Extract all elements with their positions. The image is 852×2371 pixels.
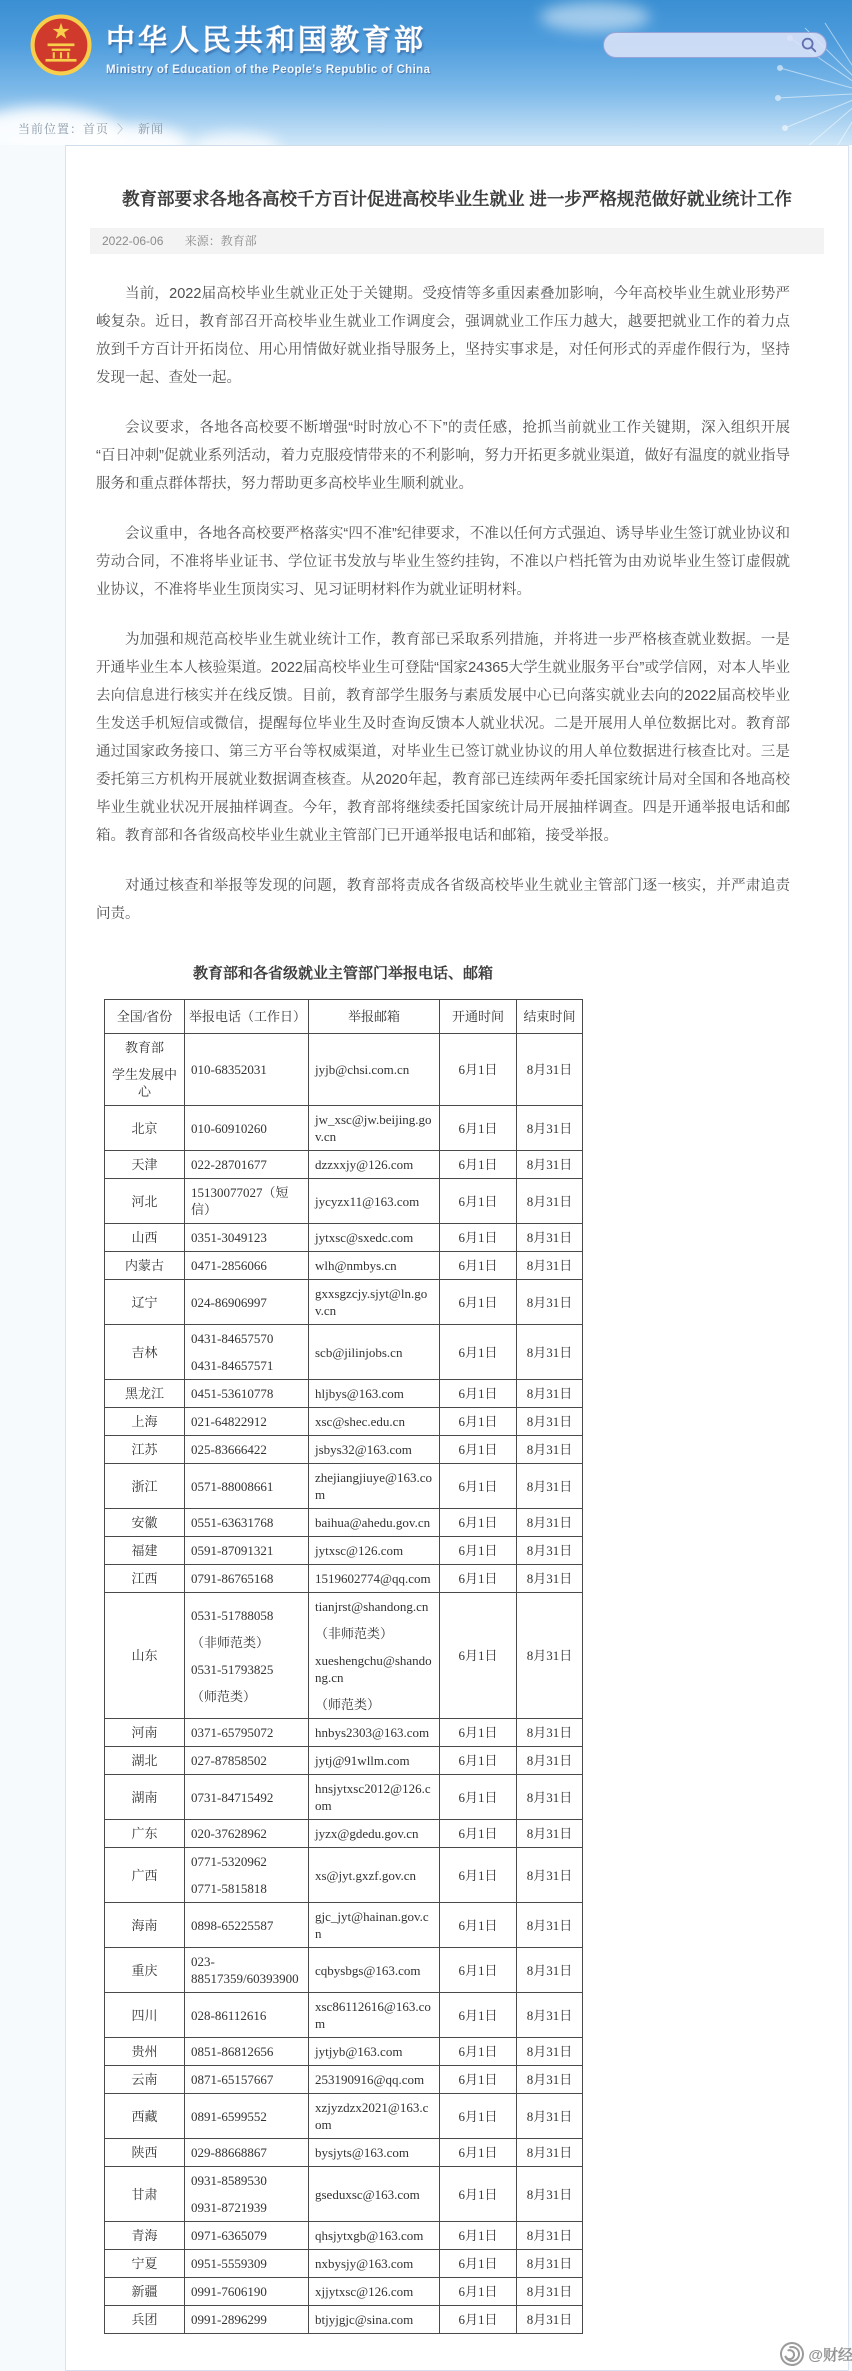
email-cell: nxbysjy@163.com xyxy=(309,2250,440,2278)
phone-cell: 0898-65225587 xyxy=(185,1903,309,1948)
email-cell: jw_xsc@jw.beijing.gov.cn xyxy=(309,1106,440,1151)
region-cell: 云南 xyxy=(105,2066,185,2094)
region-cell: 辽宁 xyxy=(105,1280,185,1325)
close-date-cell: 8月31日 xyxy=(517,1565,583,1593)
open-date-cell: 6月1日 xyxy=(440,1509,517,1537)
region-cell: 贵州 xyxy=(105,2038,185,2066)
site-title: 中华人民共和国教育部 xyxy=(106,18,430,59)
table-row: 天津022-28701677dzzxxjy@126.com6月1日8月31日 xyxy=(105,1151,583,1179)
email-cell: xjjytxsc@126.com xyxy=(309,2278,440,2306)
email-cell: tianjrst@shandong.cn（非师范类）xueshengchu@sh… xyxy=(309,1593,440,1719)
table-row: 重庆023-88517359/60393900cqbysbgs@163.com6… xyxy=(105,1948,583,1993)
close-date-cell: 8月31日 xyxy=(517,1775,583,1820)
table-row: 新疆0991-7606190xjjytxsc@126.com6月1日8月31日 xyxy=(105,2278,583,2306)
region-cell: 宁夏 xyxy=(105,2250,185,2278)
clouds-decoration xyxy=(190,133,280,145)
breadcrumb-home-link[interactable]: 首页 xyxy=(83,122,109,136)
region-cell: 广东 xyxy=(105,1820,185,1848)
watermark: @财经网 xyxy=(779,2341,852,2367)
phone-cell: 010-68352031 xyxy=(185,1034,309,1106)
open-date-cell: 6月1日 xyxy=(440,2139,517,2167)
breadcrumb-separator-icon: 〉 xyxy=(117,122,130,136)
table-row: 吉林0431-846575700431-84657571scb@jilinjob… xyxy=(105,1325,583,1380)
phone-cell: 0871-65157667 xyxy=(185,2066,309,2094)
phone-cell: 0451-53610778 xyxy=(185,1380,309,1408)
article-paragraph: 对通过核查和举报等发现的问题，教育部将责成各省级高校毕业生就业主管部门逐一核实，… xyxy=(96,872,790,928)
phone-cell: 15130077027（短信） xyxy=(185,1179,309,1224)
open-date-cell: 6月1日 xyxy=(440,1848,517,1903)
article-paragraph: 当前，2022届高校毕业生就业正处于关键期。受疫情等多重因素叠加影响，今年高校毕… xyxy=(96,280,790,392)
close-date-cell: 8月31日 xyxy=(517,2066,583,2094)
search-input[interactable] xyxy=(618,37,800,53)
email-cell: jytxsc@sxedc.com xyxy=(309,1224,440,1252)
article-paragraph: 会议要求，各地各高校要不断增强“时时放心不下”的责任感，抢抓当前就业工作关键期，… xyxy=(96,414,790,498)
table-row: 甘肃0931-85895300931-8721939gseduxsc@163.c… xyxy=(105,2167,583,2222)
close-date-cell: 8月31日 xyxy=(517,1903,583,1948)
email-cell: scb@jilinjobs.cn xyxy=(309,1325,440,1380)
open-date-cell: 6月1日 xyxy=(440,1775,517,1820)
open-date-cell: 6月1日 xyxy=(440,2167,517,2222)
email-cell: wlh@nmbys.cn xyxy=(309,1252,440,1280)
phone-cell: 0571-88008661 xyxy=(185,1464,309,1509)
close-date-cell: 8月31日 xyxy=(517,1436,583,1464)
close-date-cell: 8月31日 xyxy=(517,1848,583,1903)
phone-cell: 0431-846575700431-84657571 xyxy=(185,1325,309,1380)
open-date-cell: 6月1日 xyxy=(440,2094,517,2139)
table-row: 兵团0991-2896299btjyjgjc@sina.com6月1日8月31日 xyxy=(105,2306,583,2334)
open-date-cell: 6月1日 xyxy=(440,1179,517,1224)
phone-cell: 0351-3049123 xyxy=(185,1224,309,1252)
column-header: 举报邮箱 xyxy=(309,1000,440,1034)
close-date-cell: 8月31日 xyxy=(517,2094,583,2139)
open-date-cell: 6月1日 xyxy=(440,2038,517,2066)
open-date-cell: 6月1日 xyxy=(440,1948,517,1993)
close-date-cell: 8月31日 xyxy=(517,1509,583,1537)
phone-cell: 0791-86765168 xyxy=(185,1565,309,1593)
email-cell: xs@jyt.gxzf.gov.cn xyxy=(309,1848,440,1903)
close-date-cell: 8月31日 xyxy=(517,1993,583,2038)
search-box[interactable] xyxy=(603,32,827,58)
table-row: 四川028-86112616xsc86112616@163.com6月1日8月3… xyxy=(105,1993,583,2038)
email-cell: gxxsgzcjy.sjyt@ln.gov.cn xyxy=(309,1280,440,1325)
close-date-cell: 8月31日 xyxy=(517,1537,583,1565)
email-cell: qhsjytxgb@163.com xyxy=(309,2222,440,2250)
region-cell: 山西 xyxy=(105,1224,185,1252)
email-cell: jsbys32@163.com xyxy=(309,1436,440,1464)
open-date-cell: 6月1日 xyxy=(440,1034,517,1106)
column-header: 全国/省份 xyxy=(105,1000,185,1034)
email-cell: hnsjytxsc2012@126.com xyxy=(309,1775,440,1820)
region-cell: 湖南 xyxy=(105,1775,185,1820)
article-meta-bar: 2022-06-06 来源：教育部 xyxy=(90,228,824,254)
table-row: 宁夏0951-5559309nxbysjy@163.com6月1日8月31日 xyxy=(105,2250,583,2278)
open-date-cell: 6月1日 xyxy=(440,1537,517,1565)
report-table-head-row: 全国/省份举报电话（工作日）举报邮箱开通时间结束时间 xyxy=(105,1000,583,1034)
phone-cell: 010-60910260 xyxy=(185,1106,309,1151)
table-title: 教育部和各省级就业主管部门举报电话、邮箱 xyxy=(104,962,582,983)
email-cell: 253190916@qq.com xyxy=(309,2066,440,2094)
table-row: 河北15130077027（短信）jycyzx11@163.com6月1日8月3… xyxy=(105,1179,583,1224)
region-cell: 浙江 xyxy=(105,1464,185,1509)
region-cell: 天津 xyxy=(105,1151,185,1179)
clouds-decoration xyxy=(540,2,650,32)
report-table: 全国/省份举报电话（工作日）举报邮箱开通时间结束时间 教育部学生发展中心010-… xyxy=(104,999,583,2334)
watermark-text: @财经网 xyxy=(808,2344,852,2365)
close-date-cell: 8月31日 xyxy=(517,2306,583,2334)
page-title: 教育部要求各地各高校千方百计促进高校毕业生就业 进一步严格规范做好就业统计工作 xyxy=(111,186,803,212)
close-date-cell: 8月31日 xyxy=(517,1408,583,1436)
phone-cell: 022-28701677 xyxy=(185,1151,309,1179)
table-row: 浙江0571-88008661zhejiangjiuye@163.com6月1日… xyxy=(105,1464,583,1509)
region-cell: 山东 xyxy=(105,1593,185,1719)
region-cell: 河北 xyxy=(105,1179,185,1224)
table-row: 海南0898-65225587gjc_jyt@hainan.gov.cn6月1日… xyxy=(105,1903,583,1948)
email-cell: bysjyts@163.com xyxy=(309,2139,440,2167)
phone-cell: 0771-53209620771-5815818 xyxy=(185,1848,309,1903)
close-date-cell: 8月31日 xyxy=(517,1252,583,1280)
table-row: 黑龙江0451-53610778hljbys@163.com6月1日8月31日 xyxy=(105,1380,583,1408)
table-row: 青海0971-6365079qhsjytxgb@163.com6月1日8月31日 xyxy=(105,2222,583,2250)
phone-cell: 020-37628962 xyxy=(185,1820,309,1848)
phone-cell: 025-83666422 xyxy=(185,1436,309,1464)
table-row: 北京010-60910260jw_xsc@jw.beijing.gov.cn6月… xyxy=(105,1106,583,1151)
open-date-cell: 6月1日 xyxy=(440,1325,517,1380)
email-cell: dzzxxjy@126.com xyxy=(309,1151,440,1179)
close-date-cell: 8月31日 xyxy=(517,1747,583,1775)
close-date-cell: 8月31日 xyxy=(517,1820,583,1848)
open-date-cell: 6月1日 xyxy=(440,2278,517,2306)
email-cell: hljbys@163.com xyxy=(309,1380,440,1408)
close-date-cell: 8月31日 xyxy=(517,2038,583,2066)
open-date-cell: 6月1日 xyxy=(440,2306,517,2334)
region-cell: 内蒙古 xyxy=(105,1252,185,1280)
article-date: 2022-06-06 xyxy=(102,234,163,248)
phone-cell: 0551-63631768 xyxy=(185,1509,309,1537)
close-date-cell: 8月31日 xyxy=(517,2278,583,2306)
column-header: 开通时间 xyxy=(440,1000,517,1034)
close-date-cell: 8月31日 xyxy=(517,2139,583,2167)
phone-cell: 0951-5559309 xyxy=(185,2250,309,2278)
table-row: 江西0791-867651681519602774@qq.com6月1日8月31… xyxy=(105,1565,583,1593)
open-date-cell: 6月1日 xyxy=(440,1280,517,1325)
close-date-cell: 8月31日 xyxy=(517,1179,583,1224)
column-header: 结束时间 xyxy=(517,1000,583,1034)
phone-cell: 0991-7606190 xyxy=(185,2278,309,2306)
region-cell: 河南 xyxy=(105,1719,185,1747)
phone-cell: 027-87858502 xyxy=(185,1747,309,1775)
phone-cell: 021-64822912 xyxy=(185,1408,309,1436)
table-row: 安徽0551-63631768baihua@ahedu.gov.cn6月1日8月… xyxy=(105,1509,583,1537)
open-date-cell: 6月1日 xyxy=(440,1106,517,1151)
close-date-cell: 8月31日 xyxy=(517,1380,583,1408)
open-date-cell: 6月1日 xyxy=(440,1903,517,1948)
column-header: 举报电话（工作日） xyxy=(185,1000,309,1034)
open-date-cell: 6月1日 xyxy=(440,2222,517,2250)
close-date-cell: 8月31日 xyxy=(517,2167,583,2222)
table-row: 上海021-64822912xsc@shec.edu.cn6月1日8月31日 xyxy=(105,1408,583,1436)
article-card: 教育部要求各地各高校千方百计促进高校毕业生就业 进一步严格规范做好就业统计工作 … xyxy=(65,145,849,2371)
open-date-cell: 6月1日 xyxy=(440,1593,517,1719)
table-row: 辽宁024-86906997gxxsgzcjy.sjyt@ln.gov.cn6月… xyxy=(105,1280,583,1325)
site-subtitle: Ministry of Education of the People's Re… xyxy=(106,64,430,76)
email-cell: jytjyb@163.com xyxy=(309,2038,440,2066)
table-row: 山东0531-51788058（非师范类）0531-51793825（师范类）t… xyxy=(105,1593,583,1719)
article-paragraph: 会议重申，各地各高校要严格落实“四不准”纪律要求，不准以任何方式强迫、诱导毕业生… xyxy=(96,520,790,604)
region-cell: 黑龙江 xyxy=(105,1380,185,1408)
open-date-cell: 6月1日 xyxy=(440,1436,517,1464)
email-cell: btjyjgjc@sina.com xyxy=(309,2306,440,2334)
email-cell: cqbysbgs@163.com xyxy=(309,1948,440,1993)
table-row: 江苏025-83666422jsbys32@163.com6月1日8月31日 xyxy=(105,1436,583,1464)
phone-cell: 0851-86812656 xyxy=(185,2038,309,2066)
region-cell: 湖北 xyxy=(105,1747,185,1775)
table-row: 河南0371-65795072hnbys2303@163.com6月1日8月31… xyxy=(105,1719,583,1747)
page: 中华人民共和国教育部 Ministry of Education of the … xyxy=(0,0,852,2371)
phone-cell: 029-88668867 xyxy=(185,2139,309,2167)
close-date-cell: 8月31日 xyxy=(517,1280,583,1325)
breadcrumb: 当前位置：首页〉新闻 xyxy=(18,120,164,137)
phone-cell: 0931-85895300931-8721939 xyxy=(185,2167,309,2222)
table-row: 教育部学生发展中心010-68352031jyjb@chsi.com.cn6月1… xyxy=(105,1034,583,1106)
email-cell: xsc86112616@163.com xyxy=(309,1993,440,2038)
table-row: 贵州0851-86812656jytjyb@163.com6月1日8月31日 xyxy=(105,2038,583,2066)
phone-cell: 0971-6365079 xyxy=(185,2222,309,2250)
region-cell: 安徽 xyxy=(105,1509,185,1537)
open-date-cell: 6月1日 xyxy=(440,2250,517,2278)
region-cell: 福建 xyxy=(105,1537,185,1565)
region-cell: 西藏 xyxy=(105,2094,185,2139)
region-cell: 海南 xyxy=(105,1903,185,1948)
close-date-cell: 8月31日 xyxy=(517,2250,583,2278)
table-row: 内蒙古0471-2856066wlh@nmbys.cn6月1日8月31日 xyxy=(105,1252,583,1280)
report-table-section: 教育部和各省级就业主管部门举报电话、邮箱 全国/省份举报电话（工作日）举报邮箱开… xyxy=(104,962,582,2334)
close-date-cell: 8月31日 xyxy=(517,1719,583,1747)
open-date-cell: 6月1日 xyxy=(440,1224,517,1252)
article-body: 当前，2022届高校毕业生就业正处于关键期。受疫情等多重因素叠加影响，今年高校毕… xyxy=(66,254,848,928)
phone-cell: 023-88517359/60393900 xyxy=(185,1948,309,1993)
table-row: 山西0351-3049123jytxsc@sxedc.com6月1日8月31日 xyxy=(105,1224,583,1252)
breadcrumb-label: 当前位置： xyxy=(18,122,83,136)
national-emblem-icon xyxy=(30,14,92,76)
open-date-cell: 6月1日 xyxy=(440,1820,517,1848)
region-cell: 四川 xyxy=(105,1993,185,2038)
email-cell: hnbys2303@163.com xyxy=(309,1719,440,1747)
open-date-cell: 6月1日 xyxy=(440,1151,517,1179)
open-date-cell: 6月1日 xyxy=(440,1408,517,1436)
open-date-cell: 6月1日 xyxy=(440,1993,517,2038)
email-cell: jyjb@chsi.com.cn xyxy=(309,1034,440,1106)
phone-cell: 0371-65795072 xyxy=(185,1719,309,1747)
close-date-cell: 8月31日 xyxy=(517,1948,583,1993)
article-paragraph: 为加强和规范高校毕业生就业统计工作，教育部已采取系列措施，并将进一步严格核查就业… xyxy=(96,626,790,850)
region-cell: 广西 xyxy=(105,1848,185,1903)
email-cell: baihua@ahedu.gov.cn xyxy=(309,1509,440,1537)
region-cell: 江西 xyxy=(105,1565,185,1593)
close-date-cell: 8月31日 xyxy=(517,1325,583,1380)
phone-cell: 0891-6599552 xyxy=(185,2094,309,2139)
table-row: 湖北027-87858502jytj@91wllm.com6月1日8月31日 xyxy=(105,1747,583,1775)
search-icon[interactable] xyxy=(800,36,818,54)
breadcrumb-current-link[interactable]: 新闻 xyxy=(138,122,164,136)
phone-cell: 0531-51788058（非师范类）0531-51793825（师范类） xyxy=(185,1593,309,1719)
report-table-body: 教育部学生发展中心010-68352031jyjb@chsi.com.cn6月1… xyxy=(105,1034,583,2334)
region-cell: 上海 xyxy=(105,1408,185,1436)
table-row: 广西0771-53209620771-5815818xs@jyt.gxzf.go… xyxy=(105,1848,583,1903)
region-cell: 陕西 xyxy=(105,2139,185,2167)
region-cell: 重庆 xyxy=(105,1948,185,1993)
email-cell: gseduxsc@163.com xyxy=(309,2167,440,2222)
region-cell: 甘肃 xyxy=(105,2167,185,2222)
phone-cell: 0731-84715492 xyxy=(185,1775,309,1820)
email-cell: jytj@91wllm.com xyxy=(309,1747,440,1775)
table-row: 陕西029-88668867bysjyts@163.com6月1日8月31日 xyxy=(105,2139,583,2167)
open-date-cell: 6月1日 xyxy=(440,1719,517,1747)
table-row: 福建0591-87091321jytxsc@126.com6月1日8月31日 xyxy=(105,1537,583,1565)
table-row: 广东020-37628962jyzx@gdedu.gov.cn6月1日8月31日 xyxy=(105,1820,583,1848)
close-date-cell: 8月31日 xyxy=(517,2222,583,2250)
email-cell: jycyzx11@163.com xyxy=(309,1179,440,1224)
phone-cell: 0471-2856066 xyxy=(185,1252,309,1280)
table-row: 湖南0731-84715492hnsjytxsc2012@126.com6月1日… xyxy=(105,1775,583,1820)
close-date-cell: 8月31日 xyxy=(517,1593,583,1719)
region-cell: 教育部学生发展中心 xyxy=(105,1034,185,1106)
phone-cell: 0591-87091321 xyxy=(185,1537,309,1565)
region-cell: 兵团 xyxy=(105,2306,185,2334)
region-cell: 青海 xyxy=(105,2222,185,2250)
close-date-cell: 8月31日 xyxy=(517,1151,583,1179)
email-cell: gjc_jyt@hainan.gov.cn xyxy=(309,1903,440,1948)
region-cell: 江苏 xyxy=(105,1436,185,1464)
site-header: 中华人民共和国教育部 Ministry of Education of the … xyxy=(0,0,852,145)
open-date-cell: 6月1日 xyxy=(440,1252,517,1280)
email-cell: zhejiangjiuye@163.com xyxy=(309,1464,440,1509)
table-row: 西藏0891-6599552xzjyzdzx2021@163.com6月1日8月… xyxy=(105,2094,583,2139)
watermark-camera-icon xyxy=(776,2338,808,2370)
open-date-cell: 6月1日 xyxy=(440,1464,517,1509)
close-date-cell: 8月31日 xyxy=(517,1224,583,1252)
open-date-cell: 6月1日 xyxy=(440,1565,517,1593)
email-cell: xsc@shec.edu.cn xyxy=(309,1408,440,1436)
open-date-cell: 6月1日 xyxy=(440,1747,517,1775)
table-row: 云南0871-65157667253190916@qq.com6月1日8月31日 xyxy=(105,2066,583,2094)
brand: 中华人民共和国教育部 Ministry of Education of the … xyxy=(30,8,430,76)
phone-cell: 028-86112616 xyxy=(185,1993,309,2038)
article-source: 来源：教育部 xyxy=(185,234,257,248)
close-date-cell: 8月31日 xyxy=(517,1464,583,1509)
email-cell: jyzx@gdedu.gov.cn xyxy=(309,1820,440,1848)
region-cell: 新疆 xyxy=(105,2278,185,2306)
phone-cell: 024-86906997 xyxy=(185,1280,309,1325)
region-cell: 吉林 xyxy=(105,1325,185,1380)
email-cell: xzjyzdzx2021@163.com xyxy=(309,2094,440,2139)
open-date-cell: 6月1日 xyxy=(440,1380,517,1408)
email-cell: 1519602774@qq.com xyxy=(309,1565,440,1593)
close-date-cell: 8月31日 xyxy=(517,1106,583,1151)
close-date-cell: 8月31日 xyxy=(517,1034,583,1106)
email-cell: jytxsc@126.com xyxy=(309,1537,440,1565)
phone-cell: 0991-2896299 xyxy=(185,2306,309,2334)
region-cell: 北京 xyxy=(105,1106,185,1151)
open-date-cell: 6月1日 xyxy=(440,2066,517,2094)
